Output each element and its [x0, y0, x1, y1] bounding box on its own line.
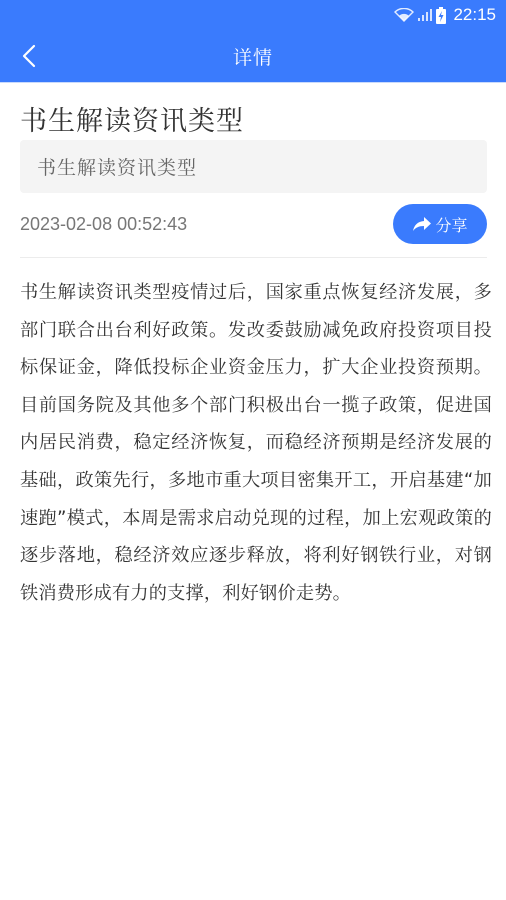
publish-date: 2023-02-08 00:52:43: [20, 214, 187, 235]
page-title: 详情: [233, 43, 273, 70]
share-button[interactable]: 分享: [393, 204, 487, 244]
article-meta: 2023-02-08 00:52:43 分享: [20, 204, 487, 244]
divider: [20, 257, 487, 258]
status-time: 22:15: [453, 5, 496, 25]
battery-charging-icon: [436, 7, 446, 24]
nav-header: 详情: [0, 30, 506, 83]
signal-icon: [418, 9, 432, 21]
article-summary: 书生解读资讯类型: [20, 140, 487, 193]
status-bar: 22:15: [0, 0, 506, 30]
summary-text: 书生解读资讯类型: [37, 153, 197, 180]
wifi-icon: [394, 8, 414, 22]
share-arrow-icon: [412, 216, 432, 232]
back-button[interactable]: [14, 40, 44, 72]
chevron-left-icon: [21, 44, 37, 68]
article-body: 书生解读资讯类型疫情过后，国家重点恢复经济发展，多部门联合出台利好政策。发改委鼓…: [20, 274, 492, 612]
share-label: 分享: [435, 213, 467, 236]
article-title: 书生解读资讯类型: [20, 99, 244, 138]
